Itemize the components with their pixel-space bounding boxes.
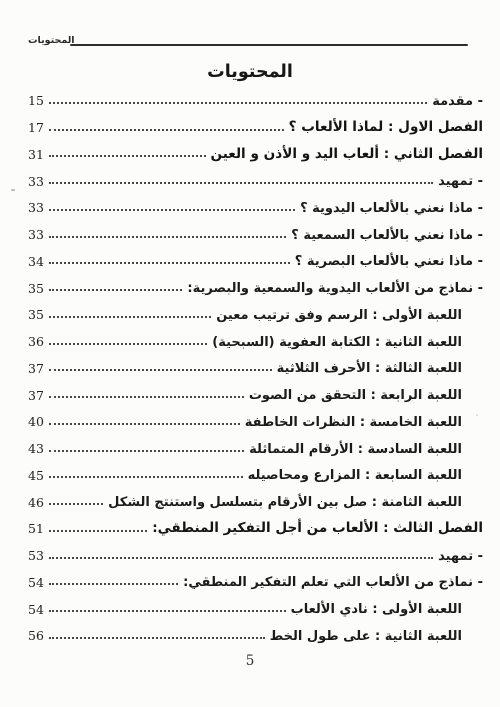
scan-speck (11, 189, 15, 191)
dot-leader (49, 262, 290, 264)
dot-leader (49, 369, 272, 371)
dot-leader (49, 503, 103, 505)
toc-row: - مقدمة15 (28, 87, 483, 114)
toc-entry-label: - ماذا نعني بالألعاب السمعية ؟ (291, 229, 483, 244)
dot-leader (49, 557, 433, 559)
toc-entry-label: - ماذا نعني بالألعاب البصرية ؟ (295, 255, 483, 270)
toc-row: اللعبة السادسة : الأرقام المتماثلة43 (28, 435, 483, 462)
toc-entry-label: اللعبة الأولى : الرسم وفق ترتيب معين (216, 309, 462, 324)
toc-row: اللعبة الثانية : الكتابة العفوية (السبحي… (28, 328, 483, 355)
scan-speck (476, 414, 478, 416)
toc-row: اللعبة الأولى : نادي الألعاب54 (28, 595, 483, 622)
toc-entry-label: اللعبة الثالثة : الأحرف الثلاثية (277, 362, 462, 377)
toc-page-number: 54 (28, 604, 44, 619)
toc-row: - تمهيد33 (28, 167, 483, 194)
page-title: المحتويات (0, 62, 500, 82)
toc-row: اللعبة الخامسة : النظرات الخاطفة40 (28, 408, 483, 435)
dot-leader (49, 637, 265, 639)
toc-entry-label: - تمهيد (438, 550, 483, 565)
toc-page-number: 40 (28, 416, 44, 431)
toc-row: الفصل الثاني : ألعاب اليد و الأذن و العي… (28, 141, 483, 168)
running-header: المحتويات (28, 35, 75, 46)
dot-leader (49, 236, 286, 238)
toc-row: اللعبة السابعة : المزارع ومحاصيله45 (28, 462, 483, 489)
toc-entry-label: اللعبة الثامنة : صل بين الأرقام بتسلسل و… (108, 496, 462, 511)
toc-entry-label: - تمهيد (438, 175, 483, 190)
dot-leader (49, 155, 206, 157)
dot-leader (49, 450, 244, 452)
toc-page-number: 51 (28, 523, 44, 538)
toc-entry-label: - نماذج من الألعاب اليدوية والسمعية والب… (187, 282, 483, 297)
toc-row: - نماذج من الألعاب اليدوية والسمعية والب… (28, 274, 483, 301)
toc-page-number: 31 (28, 149, 44, 164)
dot-leader (49, 583, 178, 585)
toc-row: - ماذا نعني بالألعاب السمعية ؟33 (28, 221, 483, 248)
toc-row: - ماذا نعني بالألعاب اليدوية ؟33 (28, 194, 483, 221)
toc-row: اللعبة الثانية : على طول الخط56 (28, 622, 483, 649)
toc-row: اللعبة الأولى : الرسم وفق ترتيب معين35 (28, 301, 483, 328)
dot-leader (49, 476, 243, 478)
toc-row: اللعبة الثامنة : صل بين الأرقام بتسلسل و… (28, 488, 483, 515)
page-number-footer: 5 (0, 653, 500, 669)
toc-row: - تمهيد53 (28, 542, 483, 569)
dot-leader (49, 102, 427, 104)
toc-row: - ماذا نعني بالألعاب البصرية ؟34 (28, 248, 483, 275)
dot-leader (49, 610, 286, 612)
toc-page-number: 33 (28, 202, 44, 217)
toc-page-number: 36 (28, 336, 44, 351)
toc-page-number: 54 (28, 577, 44, 592)
toc-page-number: 45 (28, 470, 44, 485)
toc-entry-label: اللعبة الثانية : على طول الخط (270, 630, 462, 645)
dot-leader (49, 530, 147, 532)
dot-leader (49, 129, 284, 131)
dot-leader (49, 316, 211, 318)
toc-page-number: 33 (28, 176, 44, 191)
dot-leader (49, 423, 240, 425)
toc-page-number: 15 (28, 95, 44, 110)
toc-row: الفصل الثالث : الألعاب من أجل التفكير ال… (28, 515, 483, 542)
toc-page-number: 35 (28, 283, 44, 298)
toc-row: اللعبة الثالثة : الأحرف الثلاثية37 (28, 355, 483, 382)
toc-page-number: 34 (28, 256, 44, 271)
dot-leader (49, 396, 244, 398)
toc-entry-label: اللعبة السابعة : المزارع ومحاصيله (248, 469, 462, 484)
header-rule (70, 44, 468, 46)
toc-page-number: 17 (28, 122, 44, 137)
table-of-contents: - مقدمة15 الفصل الاول : لماذا الألعاب ؟1… (28, 87, 483, 649)
toc-row: اللعبة الرابعة : التحقق من الصوت37 (28, 381, 483, 408)
toc-page-number: 46 (28, 497, 44, 512)
toc-entry-label: - مقدمة (432, 95, 483, 110)
toc-page-number: 56 (28, 630, 44, 645)
toc-row: - نماذج من الألعاب التي تعلم التفكير الم… (28, 569, 483, 596)
toc-entry-label: - نماذج من الألعاب التي تعلم التفكير الم… (183, 576, 483, 591)
toc-entry-label: الفصل الاول : لماذا الألعاب ؟ (289, 121, 483, 137)
toc-row: الفصل الاول : لماذا الألعاب ؟17 (28, 114, 483, 141)
toc-entry-label: اللعبة الأولى : نادي الألعاب (291, 603, 462, 618)
toc-entry-label: اللعبة الخامسة : النظرات الخاطفة (245, 416, 462, 431)
toc-entry-label: اللعبة السادسة : الأرقام المتماثلة (249, 443, 462, 458)
toc-entry-label: - ماذا نعني بالألعاب اليدوية ؟ (300, 202, 483, 217)
toc-page-number: 37 (28, 390, 44, 405)
toc-page-number: 43 (28, 443, 44, 458)
dot-leader (49, 182, 433, 184)
toc-page-number: 53 (28, 550, 44, 565)
dot-leader (49, 343, 207, 345)
dot-leader (49, 289, 182, 291)
toc-page-number: 37 (28, 363, 44, 378)
toc-page-number: 35 (28, 309, 44, 324)
dot-leader (49, 209, 295, 211)
toc-entry-label: اللعبة الرابعة : التحقق من الصوت (249, 389, 462, 404)
toc-entry-label: اللعبة الثانية : الكتابة العفوية (السبحي… (212, 336, 462, 351)
toc-entry-label: الفصل الثاني : ألعاب اليد و الأذن و العي… (211, 148, 484, 164)
toc-entry-label: الفصل الثالث : الألعاب من أجل التفكير ال… (152, 522, 483, 538)
toc-page-number: 33 (28, 229, 44, 244)
